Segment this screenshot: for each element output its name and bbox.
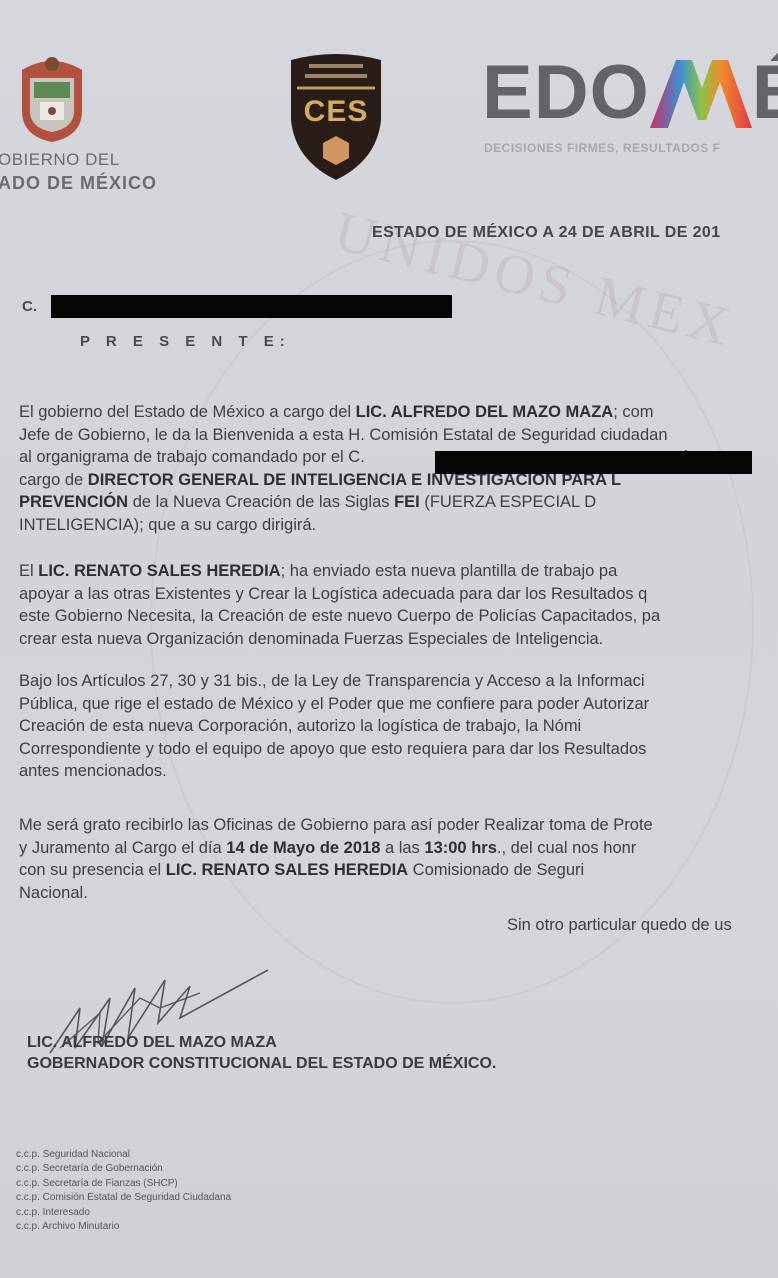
cc-list: c.c.p. Seguridad Nacionalc.c.p. Secretar… <box>16 1148 231 1234</box>
text-segment: y Juramento al Cargo el día <box>19 839 226 857</box>
salutation: P R E S E N T E: <box>80 333 291 350</box>
text-segment: Pública, que rige el estado de México y … <box>19 695 649 713</box>
emphasized-text: LIC. RENATO SALES HEREDIA <box>38 562 280 580</box>
text-line: y Juramento al Cargo el día 14 de Mayo d… <box>19 837 778 860</box>
text-segment: Bajo los Artículos 27, 30 y 31 bis., de … <box>19 672 645 690</box>
text-line: PREVENCIÓN de la Nueva Creación de las S… <box>19 491 778 514</box>
redacted-commander-name <box>435 451 752 474</box>
text-line: Nacional. <box>19 882 778 905</box>
paragraph-2: El LIC. RENATO SALES HEREDIA; ha enviado… <box>19 560 778 650</box>
cc-item: c.c.p. Secretaría de Gobernación <box>16 1162 231 1176</box>
text-segment: ; ha enviado esta nueva plantilla de tra… <box>281 562 618 580</box>
signer-name: LIC. ALFREDO DEL MAZO MAZA <box>27 1034 277 1052</box>
text-segment: al organigrama de trabajo comandado por … <box>19 448 369 466</box>
paragraph-4: Me será grato recibirlo las Oficinas de … <box>19 814 778 904</box>
text-segment: crear esta nueva Organización denominada… <box>19 630 603 648</box>
emphasized-text: PREVENCIÓN <box>19 493 128 511</box>
text-line: antes mencionados. <box>19 760 778 783</box>
emphasized-text: FEI <box>394 493 420 511</box>
text-segment: INTELIGENCIA); que a su cargo dirigirá. <box>19 516 316 534</box>
cc-item: c.c.p. Archivo Minutario <box>16 1220 231 1234</box>
text-segment: El gobierno del Estado de México a cargo… <box>19 403 356 421</box>
text-segment: antes mencionados. <box>19 762 167 780</box>
coat-of-arms-icon <box>12 56 92 144</box>
text-segment: cargo de <box>19 471 88 489</box>
text-line: INTELIGENCIA); que a su cargo dirigirá. <box>19 514 778 537</box>
cc-item: c.c.p. Secretaría de Fianzas (SHCP) <box>16 1177 231 1191</box>
letter-date: ESTADO DE MÉXICO A 24 DE ABRIL DE 201 <box>372 224 721 242</box>
ces-logo-text: CES <box>287 95 385 129</box>
text-segment: apoyar a las otras Existentes y Crear la… <box>19 585 647 603</box>
text-line: Pública, que rige el estado de México y … <box>19 693 778 716</box>
text-segment: a las <box>380 839 424 857</box>
closing-line: Sin otro particular quedo de us <box>507 916 732 935</box>
brand-trailing-letter: É <box>752 58 778 128</box>
text-line: Me será grato recibirlo las Oficinas de … <box>19 814 778 837</box>
brand-slogan: DECISIONES FIRMES, RESULTADOS F <box>484 141 720 155</box>
redacted-addressee-name <box>51 295 452 318</box>
text-segment: de la Nueva Creación de las Siglas <box>128 493 394 511</box>
text-segment: Jefe de Gobierno, le da la Bienvenida a … <box>19 426 668 444</box>
text-segment: ; com <box>613 403 653 421</box>
paragraph-3: Bajo los Artículos 27, 30 y 31 bis., de … <box>19 670 778 783</box>
text-line: con su presencia el LIC. RENATO SALES HE… <box>19 859 778 882</box>
text-line: Creación de esta nueva Corporación, auto… <box>19 715 778 738</box>
signer-title: GOBERNADOR CONSTITUCIONAL DEL ESTADO DE … <box>27 1055 496 1073</box>
text-segment: ., del cual nos honr <box>497 839 636 857</box>
emphasized-text: 14 de Mayo de 2018 <box>226 839 380 857</box>
text-line: este Gobierno Necesita, la Creación de e… <box>19 605 778 628</box>
emphasized-text: 13:00 hrs <box>424 839 496 857</box>
text-line: Bajo los Artículos 27, 30 y 31 bis., de … <box>19 670 778 693</box>
text-segment: Comisionado de Seguri <box>408 861 584 879</box>
emphasized-text: LIC. ALFREDO DEL MAZO MAZA <box>356 403 614 421</box>
text-segment: Correspondiente y todo el equipo de apoy… <box>19 740 646 758</box>
text-segment: Creación de esta nueva Corporación, auto… <box>19 717 581 735</box>
text-line: Jefe de Gobierno, le da la Bienvenida a … <box>19 424 778 447</box>
brand-word: EDO <box>482 58 650 128</box>
government-name-line1: OBIERNO DEL <box>0 150 120 170</box>
multicolor-m-icon <box>650 58 752 128</box>
emphasized-text: LIC. RENATO SALES HEREDIA <box>166 861 408 879</box>
text-segment: (FUERZA ESPECIAL D <box>420 493 596 511</box>
text-line: crear esta nueva Organización denominada… <box>19 628 778 651</box>
text-segment: El <box>19 562 38 580</box>
text-segment: este Gobierno Necesita, la Creación de e… <box>19 607 660 625</box>
text-segment: con su presencia el <box>19 861 166 879</box>
text-line: Correspondiente y todo el equipo de apoy… <box>19 738 778 761</box>
text-segment: Me será grato recibirlo las Oficinas de … <box>19 816 653 834</box>
brand-logo: EDO É <box>482 58 778 128</box>
government-name-line2: ADO DE MÉXICO <box>0 173 157 194</box>
text-line: El LIC. RENATO SALES HEREDIA; ha enviado… <box>19 560 778 583</box>
cc-item: c.c.p. Comisión Estatal de Seguridad Ciu… <box>16 1191 231 1205</box>
letter-page: UNIDOS MEX OBIERNO DEL ADO DE MÉXICO CES… <box>0 0 778 1278</box>
cc-item: c.c.p. Seguridad Nacional <box>16 1148 231 1162</box>
text-segment: Nacional. <box>19 884 88 902</box>
text-line: apoyar a las otras Existentes y Crear la… <box>19 583 778 606</box>
addressee-prefix: C. <box>22 298 37 315</box>
text-line: El gobierno del Estado de México a cargo… <box>19 401 778 424</box>
cc-item: c.c.p. Interesado <box>16 1206 231 1220</box>
